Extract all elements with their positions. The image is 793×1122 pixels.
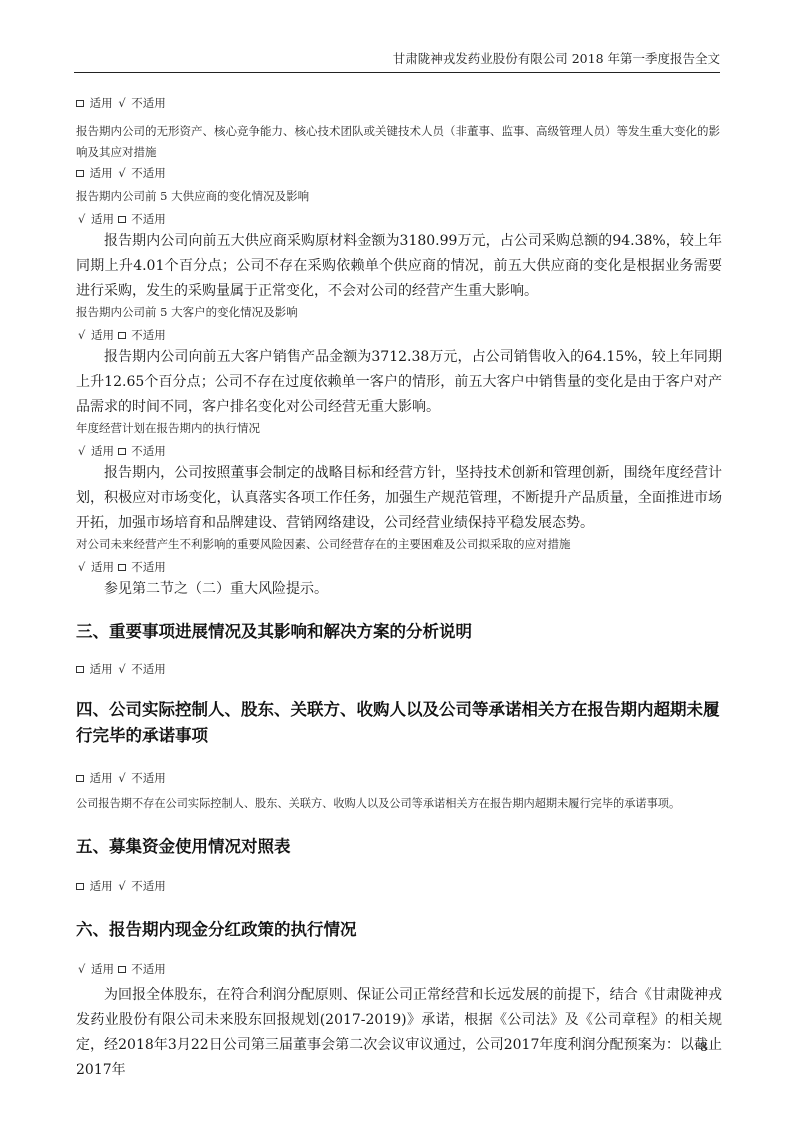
- check-icon: √: [78, 962, 85, 977]
- section-heading-3: 三、重要事项进展情况及其影响和解决方案的分析说明: [76, 620, 722, 644]
- paragraph-dividend: 为回报全体股东，在符合利润分配原则、保证公司正常经营和长远发展的前提下，结合《甘…: [76, 983, 722, 1083]
- page-content: 适用 √ 不适用 报告期内公司的无形资产、核心竞争能力、核心技术团队或关键技术人…: [76, 92, 722, 1083]
- not-applicable-label: 不适用: [131, 166, 166, 180]
- checkbox-empty-icon: [118, 966, 126, 973]
- header-title: 甘肃陇神戎发药业股份有限公司 2018 年第一季度报告全文: [393, 51, 720, 66]
- applicability-line: √ 适用 不适用: [76, 444, 722, 459]
- applicability-line: 适用 √ 不适用: [76, 879, 722, 894]
- checkbox-empty-icon: [76, 100, 84, 107]
- checkbox-empty-icon: [76, 170, 84, 177]
- section-heading-6: 六、报告期内现金分红政策的执行情况: [76, 918, 722, 942]
- checkbox-empty-icon: [76, 883, 84, 890]
- not-applicable-label: 不适用: [131, 328, 166, 342]
- applicable-label: 适用: [91, 212, 114, 226]
- paragraph-suppliers: 报告期内公司向前五大供应商采购原材料金额为3180.99万元，占公司采购总额的9…: [76, 229, 722, 304]
- check-icon: √: [118, 166, 125, 181]
- document-page: 甘肃陇神戎发药业股份有限公司 2018 年第一季度报告全文 适用 √ 不适用 报…: [0, 0, 793, 1122]
- checkbox-empty-icon: [118, 216, 126, 223]
- section-heading-4: 四、公司实际控制人、股东、关联方、收购人以及公司等承诺相关方在报告期内超期未履行…: [76, 697, 722, 749]
- applicability-line: √ 适用 不适用: [76, 560, 722, 575]
- applicable-label: 适用: [90, 879, 113, 893]
- applicability-line: √ 适用 不适用: [76, 212, 722, 227]
- not-applicable-label: 不适用: [131, 879, 166, 893]
- check-icon: √: [78, 212, 85, 227]
- not-applicable-label: 不适用: [131, 560, 166, 574]
- applicable-label: 适用: [91, 962, 114, 976]
- item-label: 年度经营计划在报告期内的执行情况: [76, 421, 722, 436]
- check-icon: √: [78, 328, 85, 343]
- applicable-label: 适用: [90, 96, 113, 110]
- section-4-text: 公司报告期不存在公司实际控制人、股东、关联方、收购人以及公司等承诺相关方在报告期…: [76, 796, 722, 811]
- applicable-label: 适用: [91, 560, 114, 574]
- applicability-line: 适用 √ 不适用: [76, 771, 722, 786]
- paragraph-annual-plan: 报告期内，公司按照董事会制定的战略目标和经营方针，坚持技术创新和管理创新，围绕年…: [76, 461, 722, 536]
- not-applicable-label: 不适用: [131, 96, 166, 110]
- checkbox-empty-icon: [118, 448, 126, 455]
- section-heading-5: 五、募集资金使用情况对照表: [76, 835, 722, 859]
- check-icon: √: [78, 444, 85, 459]
- item-label: 对公司未来经营产生不利影响的重要风险因素、公司经营存在的主要困难及公司拟采取的应…: [76, 537, 722, 552]
- not-applicable-label: 不适用: [131, 962, 166, 976]
- applicable-label: 适用: [90, 662, 113, 676]
- paragraph-risk: 参见第二节之（二）重大风险提示。: [76, 577, 722, 602]
- check-icon: √: [118, 771, 125, 786]
- applicable-label: 适用: [90, 166, 113, 180]
- applicable-label: 适用: [90, 771, 113, 785]
- item-label: 报告期内公司的无形资产、核心竞争能力、核心技术团队或关键技术人员（非董事、监事、…: [76, 121, 722, 163]
- checkbox-empty-icon: [76, 775, 84, 782]
- applicability-line: √ 适用 不适用: [76, 962, 722, 977]
- item-label: 报告期内公司前 5 大客户的变化情况及影响: [76, 305, 722, 320]
- page-header: 甘肃陇神戎发药业股份有限公司 2018 年第一季度报告全文: [74, 50, 720, 73]
- not-applicable-label: 不适用: [131, 212, 166, 226]
- applicable-label: 适用: [91, 444, 114, 458]
- applicability-line: 适用 √ 不适用: [76, 662, 722, 677]
- applicability-line: 适用 √ 不适用: [76, 96, 722, 111]
- applicability-line: 适用 √ 不适用: [76, 166, 722, 181]
- paragraph-customers: 报告期内公司向前五大客户销售产品金额为3712.38万元，占公司销售收入的64.…: [76, 345, 722, 420]
- check-icon: √: [118, 662, 125, 677]
- checkbox-empty-icon: [76, 666, 84, 673]
- applicable-label: 适用: [91, 328, 114, 342]
- page-number: 8: [700, 1040, 708, 1054]
- check-icon: √: [118, 96, 125, 111]
- checkbox-empty-icon: [118, 332, 126, 339]
- not-applicable-label: 不适用: [131, 444, 166, 458]
- not-applicable-label: 不适用: [131, 662, 166, 676]
- applicability-line: √ 适用 不适用: [76, 328, 722, 343]
- item-label: 报告期内公司前 5 大供应商的变化情况及影响: [76, 189, 722, 204]
- check-icon: √: [78, 560, 85, 575]
- not-applicable-label: 不适用: [131, 771, 166, 785]
- check-icon: √: [118, 879, 125, 894]
- checkbox-empty-icon: [118, 564, 126, 571]
